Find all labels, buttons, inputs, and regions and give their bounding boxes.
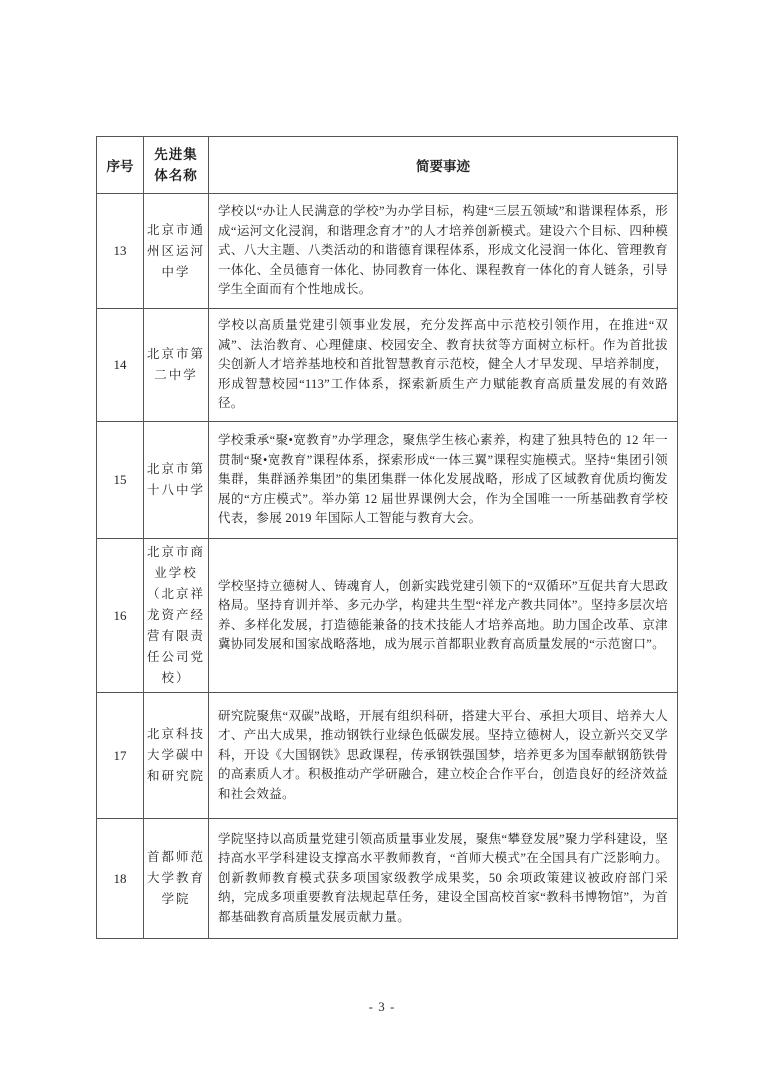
serial-number-cell: 14: [97, 309, 144, 422]
collective-name-cell: 北京市第十八中学: [144, 422, 209, 539]
advanced-collectives-table: 序号 先进集体名称 简要事迹 13 北京市通州区运河中学 学校以“办让人民满意的…: [96, 136, 678, 939]
table-row: 18 首都师范大学教育学院 学院坚持以高质量党建引领高质量事业发展，聚焦“攀登发…: [97, 819, 678, 939]
collective-name-cell: 北京市第二中学: [144, 309, 209, 422]
column-header-brief-deeds: 简要事迹: [209, 137, 678, 194]
table-row: 13 北京市通州区运河中学 学校以“办让人民满意的学校”为办学目标，构建“三层五…: [97, 194, 678, 309]
brief-deeds-cell: 学校以高质量党建引领事业发展，充分发挥高中示范校引领作用，在推进“双减”、法治教…: [209, 309, 678, 422]
serial-number-cell: 16: [97, 539, 144, 693]
brief-deeds-cell: 学校以“办让人民满意的学校”为办学目标，构建“三层五领域”和谐课程体系，形成“运…: [209, 194, 678, 309]
collective-name-cell: 北京市通州区运河中学: [144, 194, 209, 309]
document-page: 序号 先进集体名称 简要事迹 13 北京市通州区运河中学 学校以“办让人民满意的…: [0, 0, 764, 1080]
serial-number-cell: 15: [97, 422, 144, 539]
table-header-row: 序号 先进集体名称 简要事迹: [97, 137, 678, 194]
serial-number-cell: 18: [97, 819, 144, 939]
column-header-serial-number: 序号: [97, 137, 144, 194]
collective-name-cell: 北京市商业学校（北京祥龙资产经营有限责任公司党校）: [144, 539, 209, 693]
page-number: - 3 -: [0, 999, 764, 1015]
brief-deeds-cell: 学校坚持立德树人、铸魂育人，创新实践党建引领下的“双循环”互促共育大思政格局。坚…: [209, 539, 678, 693]
column-header-collective-name-label: 先进集体名称: [152, 144, 200, 186]
serial-number-cell: 17: [97, 693, 144, 819]
collective-name-cell: 北京科技大学碳中和研究院: [144, 693, 209, 819]
table-row: 15 北京市第十八中学 学校秉承“聚•宽教育”办学理念，聚焦学生核心素养，构建了…: [97, 422, 678, 539]
brief-deeds-cell: 学院坚持以高质量党建引领高质量事业发展，聚焦“攀登发展”聚力学科建设，坚持高水平…: [209, 819, 678, 939]
column-header-collective-name: 先进集体名称: [144, 137, 209, 194]
brief-deeds-cell: 研究院聚焦“双碳”战略，开展有组织科研，搭建大平台、承担大项目、培养大人才、产出…: [209, 693, 678, 819]
serial-number-cell: 13: [97, 194, 144, 309]
collective-name-cell: 首都师范大学教育学院: [144, 819, 209, 939]
table-row: 14 北京市第二中学 学校以高质量党建引领事业发展，充分发挥高中示范校引领作用，…: [97, 309, 678, 422]
brief-deeds-cell: 学校秉承“聚•宽教育”办学理念，聚焦学生核心素养，构建了独具特色的 12 年一贯…: [209, 422, 678, 539]
table-row: 16 北京市商业学校（北京祥龙资产经营有限责任公司党校） 学校坚持立德树人、铸魂…: [97, 539, 678, 693]
table-row: 17 北京科技大学碳中和研究院 研究院聚焦“双碳”战略，开展有组织科研，搭建大平…: [97, 693, 678, 819]
